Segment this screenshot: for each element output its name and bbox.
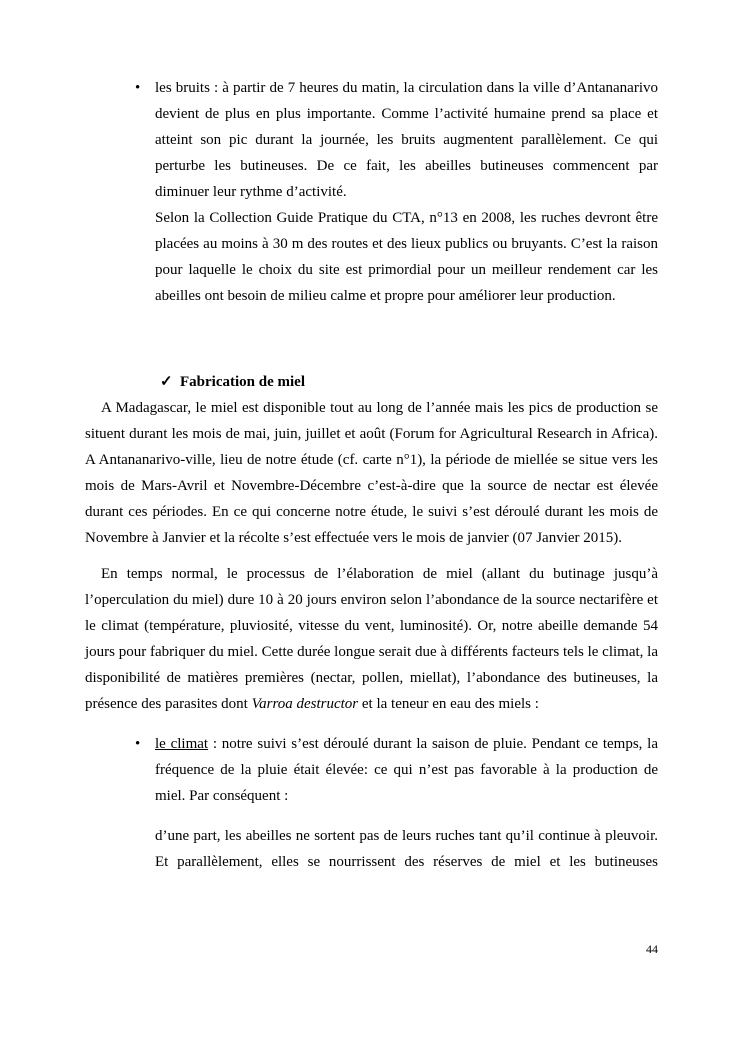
paragraph-madagascar-honey: A Madagascar, le miel est disponible tou… <box>85 395 658 551</box>
bullet-icon: • <box>135 731 155 809</box>
checkmark-icon: ✓ <box>160 369 180 395</box>
paragraph-consequence: d’une part, les abeilles ne sortent pas … <box>155 823 658 875</box>
page-number: 44 <box>646 941 658 957</box>
section-heading-fabrication: ✓Fabrication de miel <box>160 369 658 395</box>
bullet-climat-text: le climat : notre suivi s’est déroulé du… <box>155 731 658 809</box>
bullet-icon: • <box>135 75 155 205</box>
bullet-noise-text: les bruits : à partir de 7 heures du mat… <box>155 75 658 205</box>
paragraph-cta-guideline: Selon la Collection Guide Pratique du CT… <box>155 205 658 309</box>
bullet-item-climat: • le climat : notre suivi s’est déroulé … <box>135 731 658 809</box>
bullet-item-noise: • les bruits : à partir de 7 heures du m… <box>135 75 658 205</box>
section-heading-label: Fabrication de miel <box>180 374 305 390</box>
document-page: • les bruits : à partir de 7 heures du m… <box>0 0 745 1053</box>
paragraph-honey-process: En temps normal, le processus de l’élabo… <box>85 561 658 717</box>
